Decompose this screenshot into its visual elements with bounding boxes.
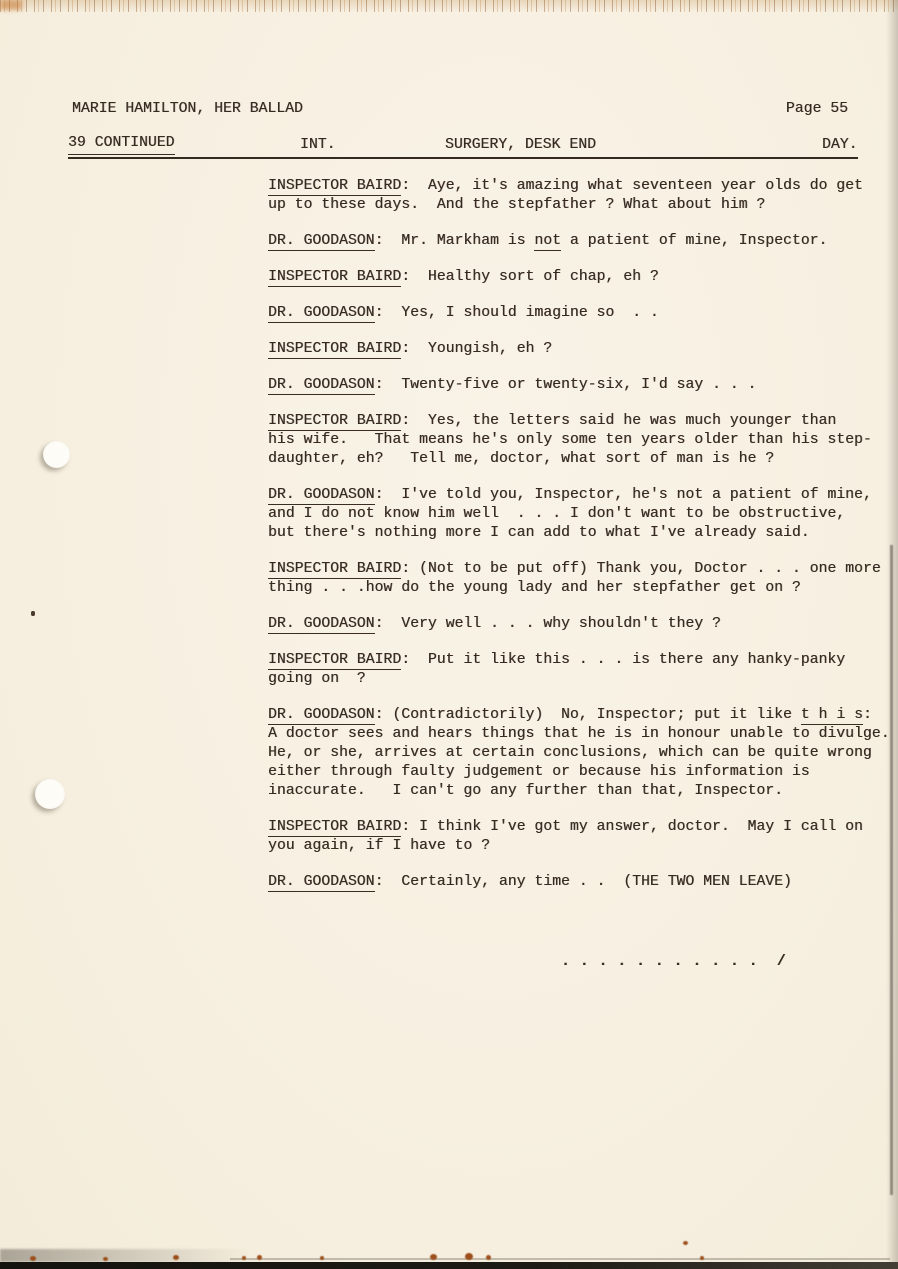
rust-spot	[683, 1241, 688, 1245]
dialogue-text: either through faulty judgement or becau…	[268, 764, 810, 780]
dialogue-paragraph: INSPECTOR BAIRD: I think I've got my ans…	[268, 818, 898, 856]
dialogue-text: : Twenty-five or twenty-six, I'd say . .…	[375, 377, 757, 393]
scan-artifact-bottom-shadow	[0, 1249, 250, 1262]
dialogue-text: a patient of mine, Inspector.	[561, 233, 827, 249]
dialogue-text: daughter, eh? Tell me, doctor, what sort…	[268, 451, 774, 467]
dialogue-paragraph: DR. GOODASON: Very well . . . why should…	[268, 615, 898, 634]
underlined-text: INSPECTOR BAIRD	[268, 413, 401, 431]
dialogue-line: going on ?	[268, 670, 898, 689]
underlined-text: DR. GOODASON	[268, 305, 375, 323]
underlined-text: not	[534, 233, 561, 251]
rust-spot	[430, 1254, 437, 1260]
dialogue-line: but there's nothing more I can add to wh…	[268, 524, 898, 543]
rust-spot	[700, 1256, 704, 1260]
dialogue-text: : (Contradictorily) No, Inspector; put i…	[375, 707, 801, 723]
underlined-text: INSPECTOR BAIRD	[268, 819, 401, 837]
dialogue-line: DR. GOODASON: Very well . . . why should…	[268, 615, 898, 634]
dialogue-text: : Mr. Markham is	[375, 233, 535, 249]
rust-spot	[486, 1255, 491, 1260]
dialogue-text: you again, if I have to ?	[268, 838, 490, 854]
dialogue-text: : Certainly, any time . . (THE TWO MEN L…	[375, 874, 792, 890]
dialogue-text: : I think I've got my answer, doctor. Ma…	[401, 819, 863, 835]
dialogue-line: daughter, eh? Tell me, doctor, what sort…	[268, 450, 898, 469]
dialogue-paragraph: INSPECTOR BAIRD: Youngish, eh ?	[268, 340, 898, 359]
script-page: MARIE HAMILTON, HER BALLAD Page 55 39 CO…	[0, 0, 898, 1269]
dialogue-text: : Yes, the letters said he was much youn…	[401, 413, 836, 429]
dialogue-line: INSPECTOR BAIRD: Healthy sort of chap, e…	[268, 268, 898, 287]
dialogue-text: He, or she, arrives at certain conclusio…	[268, 745, 872, 761]
dialogue-line: INSPECTOR BAIRD: (Not to be put off) Tha…	[268, 560, 898, 579]
dialogue-text: and I do not know him well . . . I don't…	[268, 506, 845, 522]
dialogue-line: and I do not know him well . . . I don't…	[268, 505, 898, 524]
dialogue-text: but there's nothing more I can add to wh…	[268, 525, 810, 541]
scan-artifact-right-line	[890, 545, 893, 1195]
dialogue-paragraph: DR. GOODASON: I've told you, Inspector, …	[268, 486, 898, 543]
dialogue-text: : Youngish, eh ?	[401, 341, 552, 357]
dialogue-line: INSPECTOR BAIRD: Put it like this . . . …	[268, 651, 898, 670]
scene-number: 39 CONTINUED	[68, 134, 175, 156]
underlined-text: INSPECTOR BAIRD	[268, 269, 401, 287]
dialogue-paragraph: INSPECTOR BAIRD: Put it like this . . . …	[268, 651, 898, 689]
scene-heading: 39 CONTINUED INT. SURGERY, DESK END DAY.	[68, 132, 858, 159]
dialogue-text: : Very well . . . why shouldn't they ?	[375, 616, 721, 632]
dialogue-text: : Healthy sort of chap, eh ?	[401, 269, 659, 285]
rust-spot	[242, 1256, 246, 1260]
script-title: MARIE HAMILTON, HER BALLAD	[72, 100, 303, 119]
dialogue-text: : I've told you, Inspector, he's not a p…	[375, 487, 872, 503]
dialogue-paragraph: DR. GOODASON: Yes, I should imagine so .…	[268, 304, 898, 323]
dialogue-paragraph: INSPECTOR BAIRD: (Not to be put off) Tha…	[268, 560, 898, 598]
dialogue-line: up to these days. And the stepfather ? W…	[268, 196, 898, 215]
underlined-text: DR. GOODASON	[268, 377, 375, 395]
dialogue-line: DR. GOODASON: Twenty-five or twenty-six,…	[268, 376, 898, 395]
dialogue-line: DR. GOODASON: Yes, I should imagine so .…	[268, 304, 898, 323]
dialogue-text: : Aye, it's amazing what seventeen year …	[401, 178, 863, 194]
hole-punch-top	[43, 441, 70, 468]
dialogue-line: either through faulty judgement or becau…	[268, 763, 898, 782]
dialogue-line: inaccurate. I can't go any further than …	[268, 782, 898, 801]
page-number: Page 55	[786, 100, 848, 119]
dialogue-text: : (Not to be put off) Thank you, Doctor …	[401, 561, 881, 577]
dialogue-paragraph: DR. GOODASON: (Contradictorily) No, Insp…	[268, 706, 898, 801]
dialogue-text: up to these days. And the stepfather ? W…	[268, 197, 765, 213]
ink-speck	[31, 611, 35, 616]
dialogue-text: :	[863, 707, 872, 723]
underlined-text: INSPECTOR BAIRD	[268, 652, 401, 670]
dialogue-text: inaccurate. I can't go any further than …	[268, 783, 783, 799]
underlined-text: DR. GOODASON	[268, 616, 375, 634]
page-header: MARIE HAMILTON, HER BALLAD Page 55	[72, 100, 848, 119]
dialogue-paragraph: DR. GOODASON: Certainly, any time . . (T…	[268, 873, 898, 892]
dialogue-line: INSPECTOR BAIRD: Yes, the letters said h…	[268, 412, 898, 431]
underlined-text: DR. GOODASON	[268, 233, 375, 251]
underlined-text: DR. GOODASON	[268, 874, 375, 892]
dialogue-line: DR. GOODASON: I've told you, Inspector, …	[268, 486, 898, 505]
dialogue-paragraph: INSPECTOR BAIRD: Healthy sort of chap, e…	[268, 268, 898, 287]
underlined-text: DR. GOODASON	[268, 707, 375, 725]
rust-spot	[320, 1256, 324, 1260]
scene-int-ext: INT.	[300, 136, 336, 155]
dialogue-line: INSPECTOR BAIRD: Aye, it's amazing what …	[268, 177, 898, 196]
dialogue-line: He, or she, arrives at certain conclusio…	[268, 744, 898, 763]
dialogue-line: INSPECTOR BAIRD: Youngish, eh ?	[268, 340, 898, 359]
dialogue-text: : Yes, I should imagine so . .	[375, 305, 659, 321]
dialogue-block: INSPECTOR BAIRD: Aye, it's amazing what …	[268, 177, 898, 909]
underlined-text: INSPECTOR BAIRD	[268, 178, 401, 196]
dialogue-line: A doctor sees and hears things that he i…	[268, 725, 898, 744]
underlined-text: DR. GOODASON	[268, 487, 375, 505]
scene-time: DAY.	[822, 136, 858, 155]
hole-punch-bottom	[35, 779, 65, 809]
dialogue-text: thing . . .how do the young lady and her…	[268, 580, 801, 596]
scan-artifact-paper-edge	[230, 1258, 890, 1260]
dialogue-line: thing . . .how do the young lady and her…	[268, 579, 898, 598]
dialogue-line: DR. GOODASON: (Contradictorily) No, Insp…	[268, 706, 898, 725]
scan-stain	[0, 0, 22, 10]
dialogue-paragraph: DR. GOODASON: Twenty-five or twenty-six,…	[268, 376, 898, 395]
dialogue-paragraph: INSPECTOR BAIRD: Yes, the letters said h…	[268, 412, 898, 469]
dialogue-text: going on ?	[268, 671, 366, 687]
underlined-text: INSPECTOR BAIRD	[268, 561, 401, 579]
dialogue-paragraph: DR. GOODASON: Mr. Markham is not a patie…	[268, 232, 898, 251]
dialogue-text: his wife. That means he's only some ten …	[268, 432, 872, 448]
dialogue-text: A doctor sees and hears things that he i…	[268, 726, 890, 742]
underlined-text: t h i s	[801, 707, 863, 725]
dialogue-line: his wife. That means he's only some ten …	[268, 431, 898, 450]
rust-spot	[30, 1256, 36, 1261]
scan-artifact-top-edge	[0, 0, 898, 12]
underlined-text: INSPECTOR BAIRD	[268, 341, 401, 359]
rust-spot	[173, 1255, 179, 1260]
rust-spot	[257, 1255, 262, 1260]
scene-location: SURGERY, DESK END	[445, 136, 596, 155]
rust-spot	[103, 1257, 108, 1261]
dialogue-text: : Put it like this . . . is there any ha…	[401, 652, 845, 668]
dialogue-line: DR. GOODASON: Certainly, any time . . (T…	[268, 873, 898, 892]
scene-end-marker: . . . . . . . . . . . /	[561, 953, 786, 972]
rust-spot	[465, 1253, 473, 1260]
dialogue-line: DR. GOODASON: Mr. Markham is not a patie…	[268, 232, 898, 251]
dialogue-line: INSPECTOR BAIRD: I think I've got my ans…	[268, 818, 898, 837]
dialogue-line: you again, if I have to ?	[268, 837, 898, 856]
dialogue-paragraph: INSPECTOR BAIRD: Aye, it's amazing what …	[268, 177, 898, 215]
scan-artifact-bottom-edge	[0, 1262, 898, 1269]
